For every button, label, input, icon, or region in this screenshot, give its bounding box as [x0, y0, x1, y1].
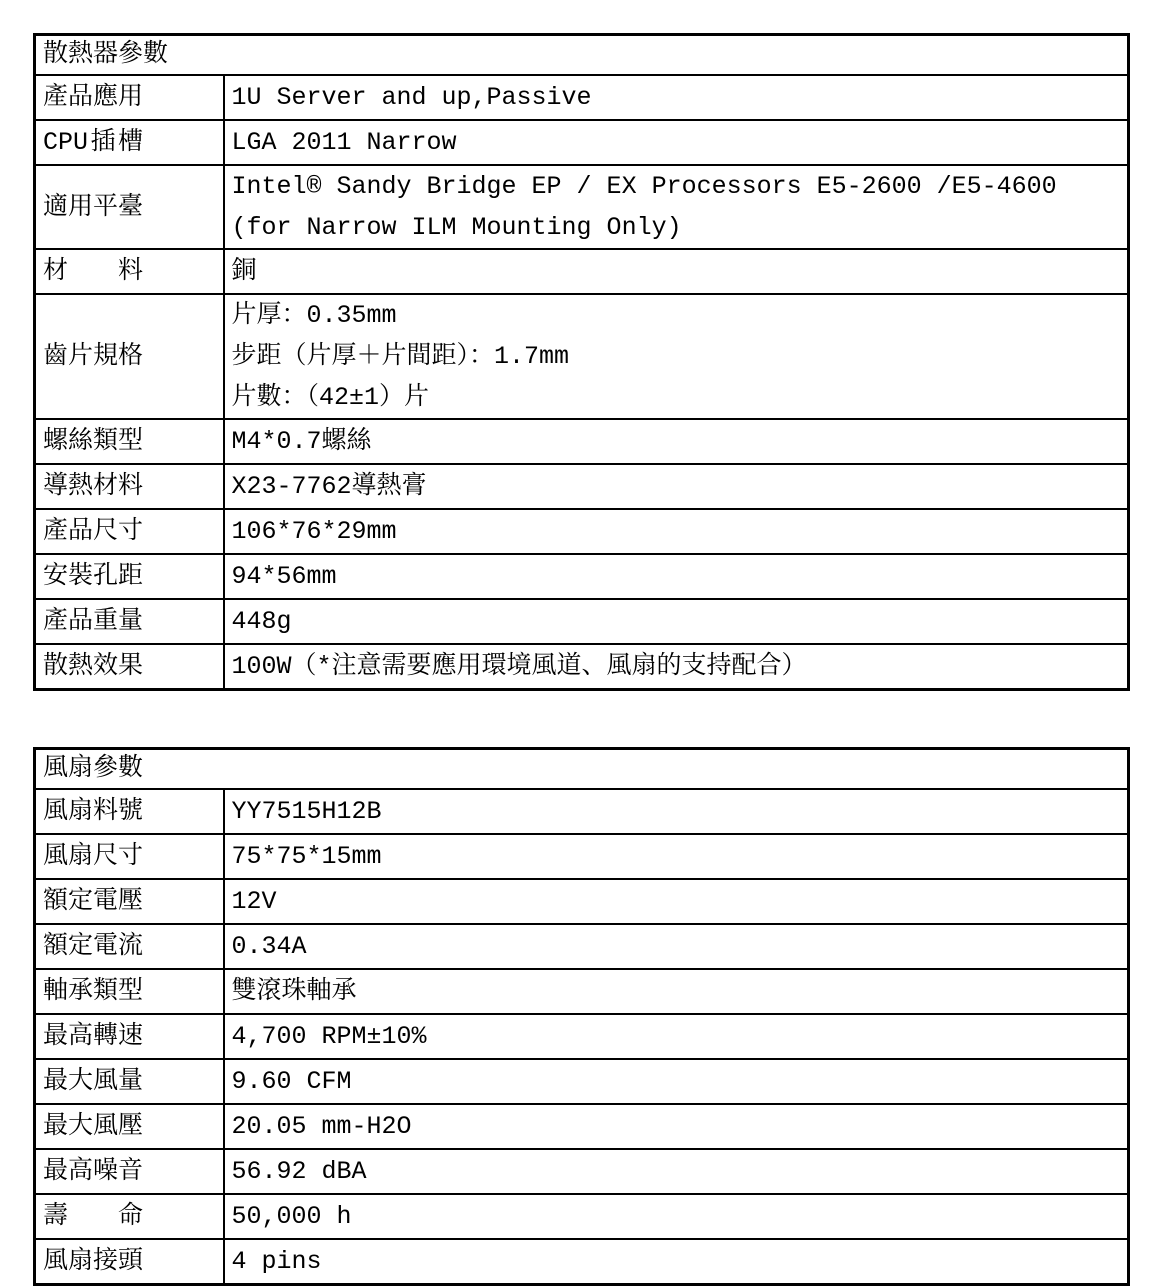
spec-label: 最高轉速	[43, 1016, 143, 1057]
spec-label: 風扇尺寸	[43, 836, 143, 877]
spec-label: 散熱效果	[43, 646, 143, 687]
spec-value-line: Intel® Sandy Bridge EP / EX Processors E…	[232, 166, 1128, 207]
spec-label: 產品尺寸	[43, 511, 143, 552]
spec-label-cell: 壽命	[35, 1194, 224, 1239]
table-row: 安裝孔距94*56mm	[35, 554, 1129, 599]
spec-label: 最高噪音	[43, 1151, 143, 1192]
spec-value-cell: 20.05 mm-H2O	[224, 1104, 1129, 1149]
fan-table-title: 風扇參數	[35, 749, 1129, 790]
spec-label-cell: 最大風壓	[35, 1104, 224, 1149]
table-row: 產品重量448g	[35, 599, 1129, 644]
spec-value-cell: X23-7762導熱膏	[224, 464, 1129, 509]
table-row: 風扇尺寸75*75*15mm	[35, 834, 1129, 879]
spec-value-line: 56.92 dBA	[232, 1151, 1128, 1192]
spec-label: 安裝孔距	[43, 556, 143, 597]
spec-value-cell: 4,700 RPM±10%	[224, 1014, 1129, 1059]
spec-label: 適用平臺	[43, 187, 143, 228]
spec-sheet-page: 散熱器參數 產品應用1U Server and up,PassiveCPU插槽L…	[33, 33, 1133, 1286]
spec-label-cell: 額定電壓	[35, 879, 224, 924]
table-row: 額定電壓12V	[35, 879, 1129, 924]
spec-label-cell: 額定電流	[35, 924, 224, 969]
spec-value-line: 448g	[232, 601, 1128, 642]
spec-value-cell: Intel® Sandy Bridge EP / EX Processors E…	[224, 165, 1129, 249]
table-row: 風扇料號YY7515H12B	[35, 789, 1129, 834]
spec-label: 風扇接頭	[43, 1241, 143, 1282]
spec-value-cell: 銅	[224, 249, 1129, 294]
spec-value-line: 片數：（42±1）片	[232, 377, 1128, 418]
fan-table-header: 風扇參數	[35, 749, 1129, 790]
heatsink-table-header: 散熱器參數	[35, 35, 1129, 76]
spec-label-cell: 螺絲類型	[35, 419, 224, 464]
spec-label: 風扇料號	[43, 791, 143, 832]
spec-label-cell: 最高噪音	[35, 1149, 224, 1194]
table-row: 產品應用1U Server and up,Passive	[35, 75, 1129, 120]
spec-value-cell: 50,000 h	[224, 1194, 1129, 1239]
spec-label-cell: 風扇接頭	[35, 1239, 224, 1285]
spec-value-cell: 片厚：0.35mm步距（片厚＋片間距）：1.7mm片數：（42±1）片	[224, 294, 1129, 419]
spec-value-line: 20.05 mm-H2O	[232, 1106, 1128, 1147]
spec-label-cell: 材料	[35, 249, 224, 294]
heatsink-spec-table: 散熱器參數 產品應用1U Server and up,PassiveCPU插槽L…	[33, 33, 1130, 691]
spec-label: CPU插槽	[43, 122, 143, 163]
spec-label: 齒片規格	[43, 336, 143, 377]
spec-label: 最大風量	[43, 1061, 143, 1102]
table-row: 螺絲類型M4*0.7螺絲	[35, 419, 1129, 464]
spec-label-cell: 產品重量	[35, 599, 224, 644]
fan-table-body: 風扇料號YY7515H12B風扇尺寸75*75*15mm額定電壓12V額定電流0…	[35, 789, 1129, 1285]
spec-value-line: 100W（*注意需要應用環境風道、風扇的支持配合）	[232, 646, 1128, 687]
spec-value-cell: 106*76*29mm	[224, 509, 1129, 554]
spec-value-cell: 0.34A	[224, 924, 1129, 969]
table-row: 導熱材料X23-7762導熱膏	[35, 464, 1129, 509]
spec-value-cell: 448g	[224, 599, 1129, 644]
spec-value-line: LGA 2011 Narrow	[232, 122, 1128, 163]
spec-label-cell: 風扇尺寸	[35, 834, 224, 879]
spec-label: 材料	[43, 251, 143, 292]
spec-value-line: 雙滾珠軸承	[232, 971, 1128, 1012]
spec-value-line: 片厚：0.35mm	[232, 295, 1128, 336]
spec-label: 產品應用	[43, 77, 143, 118]
table-row: 適用平臺Intel® Sandy Bridge EP / EX Processo…	[35, 165, 1129, 249]
spec-value-cell: M4*0.7螺絲	[224, 419, 1129, 464]
spec-label-cell: 軸承類型	[35, 969, 224, 1014]
spec-label-cell: 齒片規格	[35, 294, 224, 419]
spec-value-line: 4 pins	[232, 1241, 1128, 1282]
table-title-row: 風扇參數	[35, 749, 1129, 790]
spec-value-line: X23-7762導熱膏	[232, 466, 1128, 507]
table-title-row: 散熱器參數	[35, 35, 1129, 76]
spec-value-cell: LGA 2011 Narrow	[224, 120, 1129, 165]
spec-label: 額定電流	[43, 926, 143, 967]
spec-label: 產品重量	[43, 601, 143, 642]
spec-value-line: 50,000 h	[232, 1196, 1128, 1237]
spec-value-line: 9.60 CFM	[232, 1061, 1128, 1102]
spec-label-cell: 最大風量	[35, 1059, 224, 1104]
spec-label: 導熱材料	[43, 466, 143, 507]
spec-label: 最大風壓	[43, 1106, 143, 1147]
spec-value-cell: 12V	[224, 879, 1129, 924]
table-row: 壽命50,000 h	[35, 1194, 1129, 1239]
spec-label-cell: 最高轉速	[35, 1014, 224, 1059]
spec-label-cell: 產品尺寸	[35, 509, 224, 554]
spec-label-cell: CPU插槽	[35, 120, 224, 165]
spec-label: 軸承類型	[43, 971, 143, 1012]
spec-value-line: YY7515H12B	[232, 791, 1128, 832]
table-row: 最高轉速4,700 RPM±10%	[35, 1014, 1129, 1059]
spec-label: 螺絲類型	[43, 421, 143, 462]
spec-value-line: 12V	[232, 881, 1128, 922]
spec-value-line: 94*56mm	[232, 556, 1128, 597]
table-row: 軸承類型雙滾珠軸承	[35, 969, 1129, 1014]
spec-label: 額定電壓	[43, 881, 143, 922]
spec-value-line: 1U Server and up,Passive	[232, 77, 1128, 118]
spec-label-cell: 導熱材料	[35, 464, 224, 509]
spec-value-cell: 56.92 dBA	[224, 1149, 1129, 1194]
table-row: 額定電流0.34A	[35, 924, 1129, 969]
table-row: 最高噪音56.92 dBA	[35, 1149, 1129, 1194]
table-row: 最大風壓20.05 mm-H2O	[35, 1104, 1129, 1149]
spec-value-line: 步距（片厚＋片間距）：1.7mm	[232, 336, 1128, 377]
spec-label-cell: 適用平臺	[35, 165, 224, 249]
spec-value-cell: 雙滾珠軸承	[224, 969, 1129, 1014]
spec-value-cell: 9.60 CFM	[224, 1059, 1129, 1104]
table-row: 齒片規格片厚：0.35mm步距（片厚＋片間距）：1.7mm片數：（42±1）片	[35, 294, 1129, 419]
spec-label-cell: 產品應用	[35, 75, 224, 120]
spec-value-cell: 75*75*15mm	[224, 834, 1129, 879]
spec-value-line: 106*76*29mm	[232, 511, 1128, 552]
spec-value-cell: 4 pins	[224, 1239, 1129, 1285]
spec-value-cell: 100W（*注意需要應用環境風道、風扇的支持配合）	[224, 644, 1129, 690]
spec-label-cell: 風扇料號	[35, 789, 224, 834]
spec-value-line: 75*75*15mm	[232, 836, 1128, 877]
table-row: 最大風量9.60 CFM	[35, 1059, 1129, 1104]
fan-spec-table: 風扇參數 風扇料號YY7515H12B風扇尺寸75*75*15mm額定電壓12V…	[33, 747, 1130, 1286]
spec-label: 壽命	[43, 1196, 143, 1237]
spec-label-cell: 安裝孔距	[35, 554, 224, 599]
spec-value-line: 4,700 RPM±10%	[232, 1016, 1128, 1057]
spec-value-cell: YY7515H12B	[224, 789, 1129, 834]
spec-value-line: (for Narrow ILM Mounting Only)	[232, 207, 1128, 248]
table-row: CPU插槽LGA 2011 Narrow	[35, 120, 1129, 165]
spec-value-line: 銅	[232, 251, 1128, 292]
spec-value-cell: 1U Server and up,Passive	[224, 75, 1129, 120]
spec-label-cell: 散熱效果	[35, 644, 224, 690]
table-row: 風扇接頭4 pins	[35, 1239, 1129, 1285]
table-row: 材料銅	[35, 249, 1129, 294]
table-row: 產品尺寸106*76*29mm	[35, 509, 1129, 554]
table-row: 散熱效果100W（*注意需要應用環境風道、風扇的支持配合）	[35, 644, 1129, 690]
spec-value-line: M4*0.7螺絲	[232, 421, 1128, 462]
spec-value-line: 0.34A	[232, 926, 1128, 967]
spec-value-cell: 94*56mm	[224, 554, 1129, 599]
heatsink-table-body: 產品應用1U Server and up,PassiveCPU插槽LGA 201…	[35, 75, 1129, 690]
heatsink-table-title: 散熱器參數	[35, 35, 1129, 76]
